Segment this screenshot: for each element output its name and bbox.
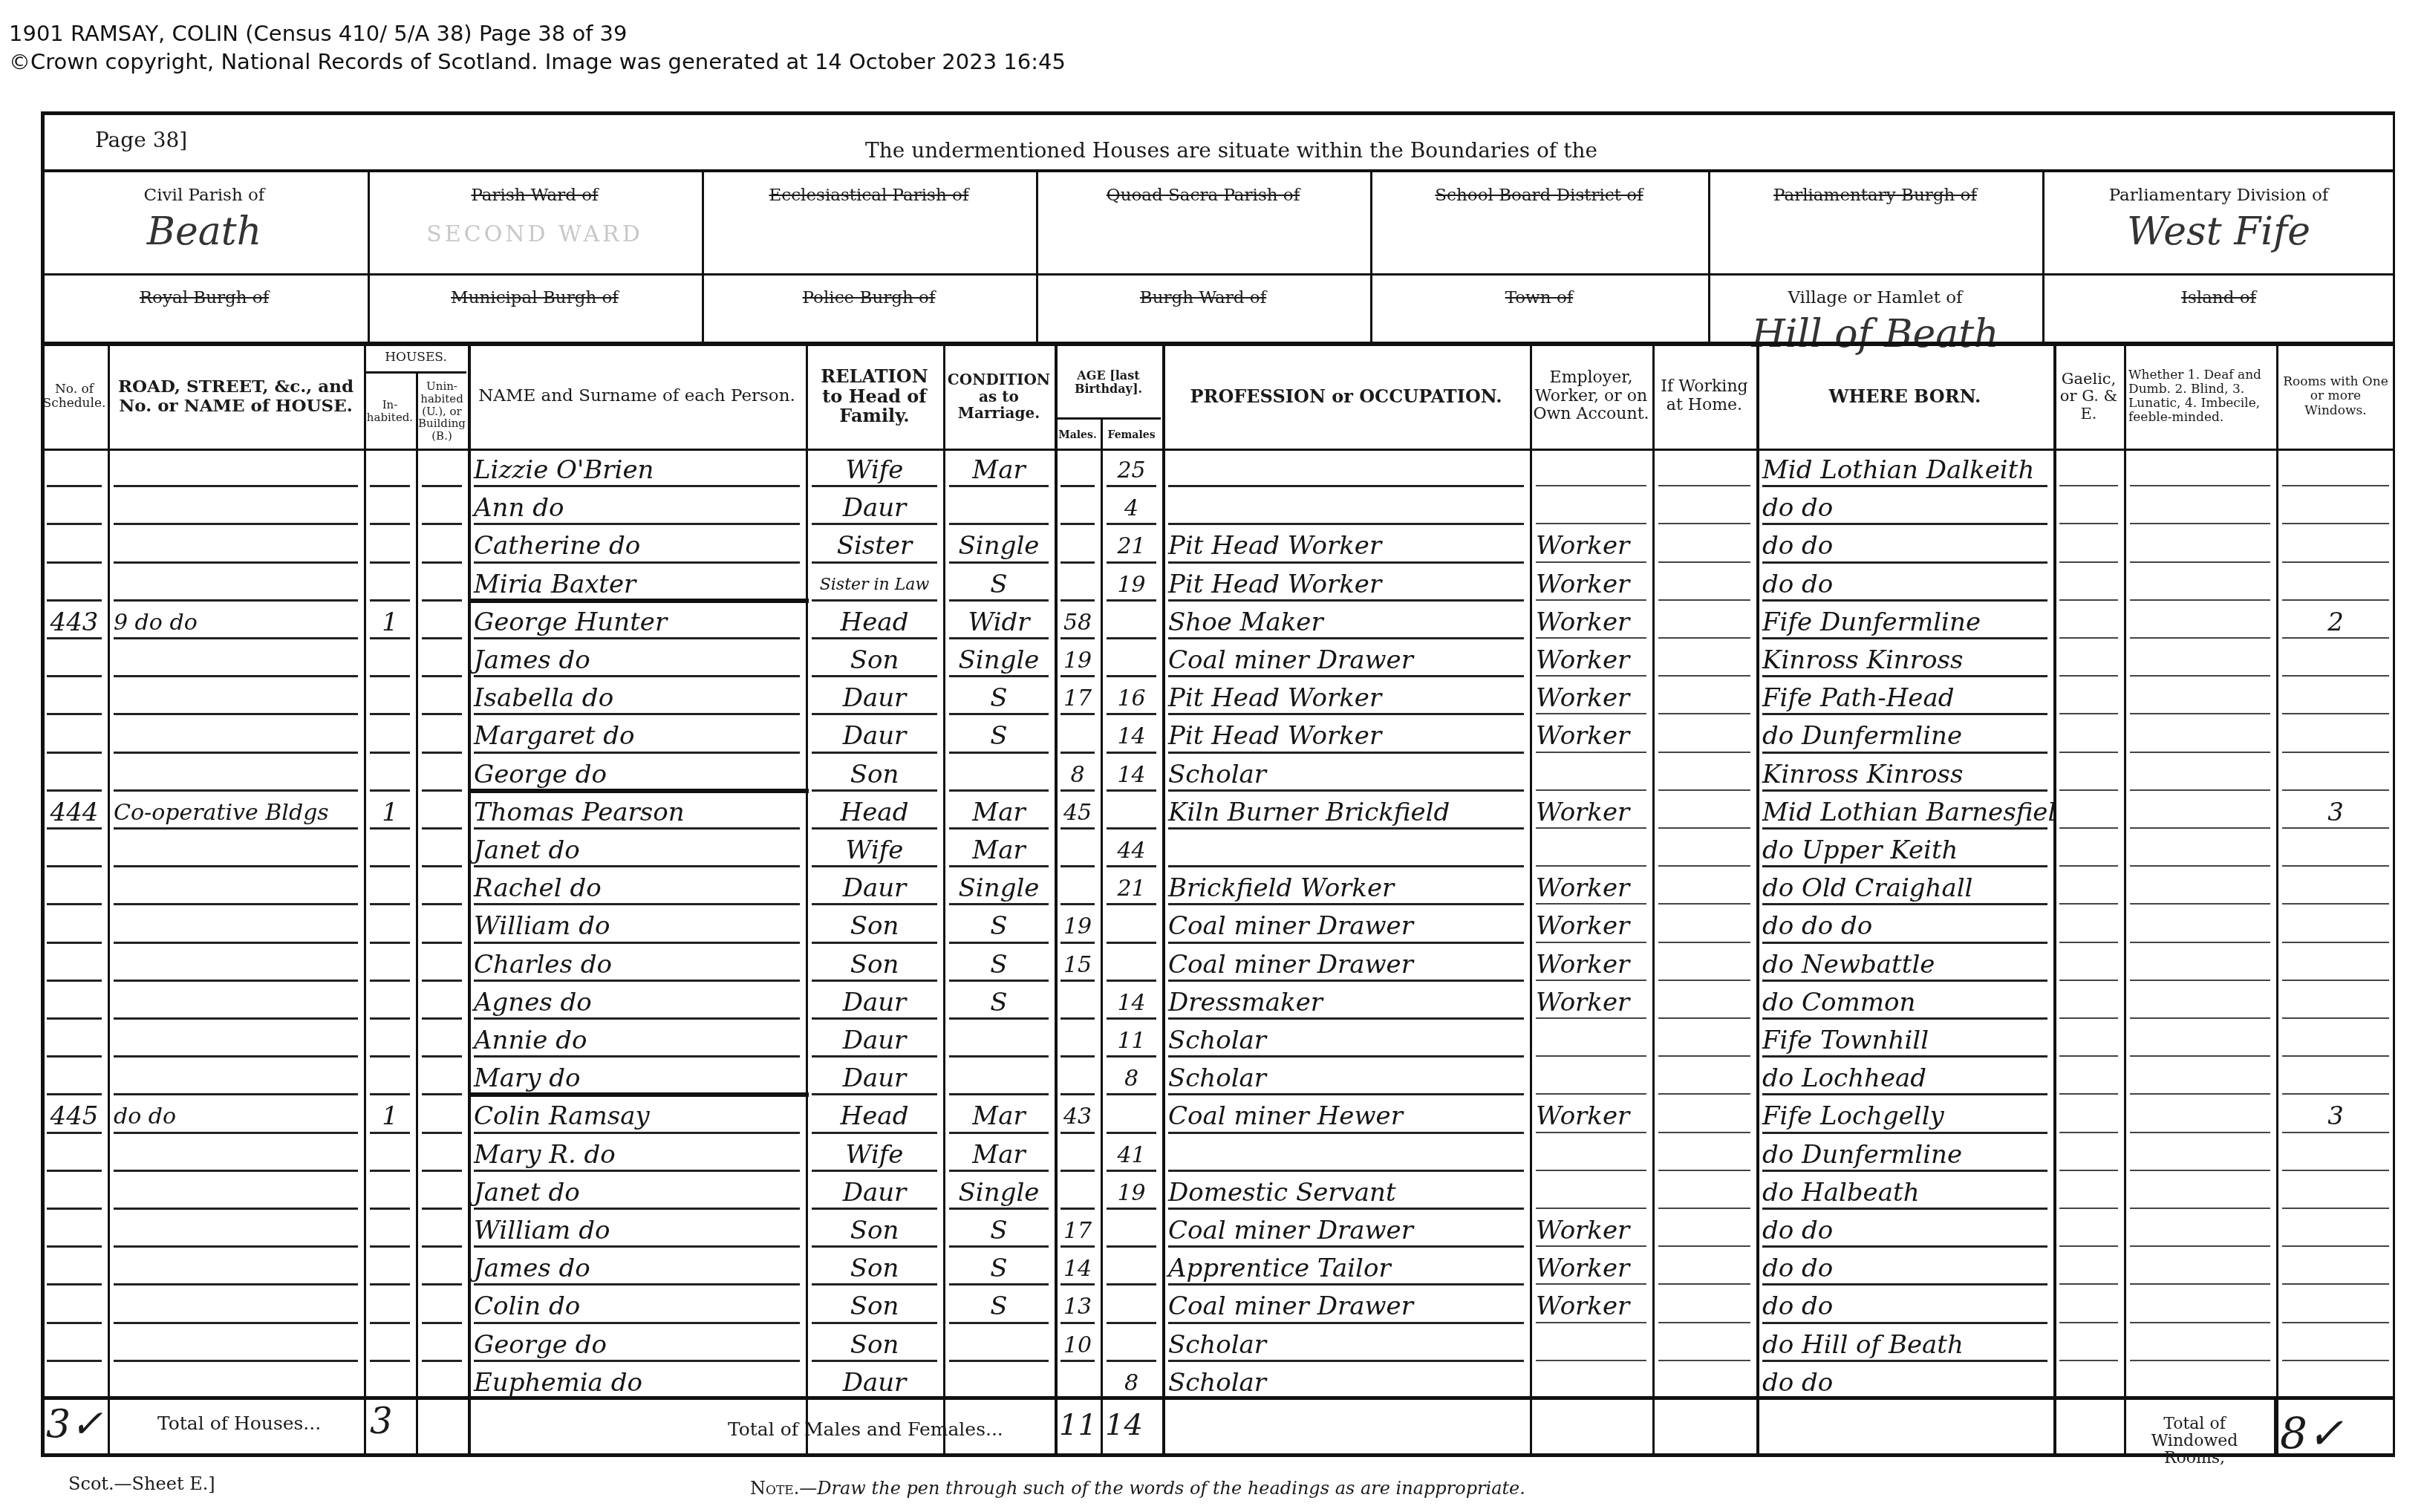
divider: [474, 561, 800, 564]
divider: [1762, 1017, 2047, 1020]
location-label: Parliamentary Burgh of: [1708, 186, 2042, 205]
divider: [1168, 485, 1524, 487]
location-field: Municipal Burgh of: [368, 275, 702, 343]
cell-condition: Mar: [943, 1098, 1055, 1134]
divider: [2282, 561, 2389, 563]
divider: [1762, 485, 2047, 487]
divider: [2059, 1017, 2118, 1019]
divider: [812, 713, 937, 715]
divider: [2274, 1399, 2276, 1457]
cell-males: 17: [1055, 1212, 1101, 1248]
divider: [2059, 523, 2118, 524]
divider: [2059, 675, 2118, 677]
divider: [47, 1055, 102, 1058]
divider: [1658, 523, 1750, 524]
divider: [1107, 1017, 1156, 1020]
divider: [1060, 599, 1095, 602]
divider: [114, 713, 358, 715]
location-field: Ecclesiastical Parish of: [702, 172, 1036, 275]
divider: [2059, 980, 2118, 981]
boundaries-heading: The undermentioned Houses are situate wi…: [865, 138, 1597, 163]
divider: [47, 1208, 102, 1210]
cell-males: 17: [1055, 680, 1101, 716]
cell-relation: Daur: [806, 1174, 943, 1210]
divider: [474, 1170, 800, 1172]
cell-condition: Single: [943, 1174, 1055, 1210]
divider: [812, 752, 937, 754]
cell-occupation: Coal miner Drawer: [1162, 642, 1530, 678]
divider: [1658, 1093, 1750, 1095]
footer-note: Note.—Draw the pen through such of the w…: [750, 1478, 1525, 1499]
divider: [1107, 980, 1156, 982]
divider: [1658, 942, 1750, 943]
divider: [1658, 599, 1750, 601]
divider: [114, 637, 358, 639]
divider: [1536, 942, 1646, 943]
location-label: Island of: [2042, 288, 2395, 307]
column-header-relation: RELATION to Head of Family.: [806, 343, 943, 450]
column-header-gaelic: Gaelic, or G. & E.: [2053, 343, 2124, 450]
cell-relation: Daur: [806, 870, 943, 906]
divider: [1107, 789, 1156, 792]
divider: [1536, 1283, 1646, 1285]
cell-relation: Daur: [806, 1022, 943, 1058]
divider: [1107, 1055, 1156, 1058]
divider: [2130, 1360, 2270, 1361]
location-label: Police Burgh of: [702, 288, 1036, 307]
cell-occupation: Coal miner Drawer: [1162, 946, 1530, 983]
cell-name: Rachel do: [468, 870, 806, 906]
divider: [1168, 980, 1524, 982]
divider: [949, 675, 1049, 677]
divider: [47, 1283, 102, 1285]
cell-females: 21: [1101, 870, 1162, 906]
divider: [1168, 1055, 1524, 1058]
location-field: Island of: [2042, 275, 2395, 343]
divider: [1168, 1245, 1524, 1248]
divider: [2059, 1055, 2118, 1057]
divider: [2042, 275, 2045, 343]
divider: [2130, 675, 2270, 677]
cell-road: Co-operative Bldgs: [108, 794, 364, 830]
divider: [114, 523, 358, 525]
divider: [1056, 417, 1161, 420]
location-value: West Fife: [2042, 209, 2395, 254]
divider: [1168, 789, 1524, 792]
divider: [1536, 1132, 1646, 1133]
cell-schedule: 444: [41, 794, 108, 830]
divider: [370, 789, 410, 792]
cell-where_born: do Old Craighall: [1756, 870, 2053, 906]
cell-employer: Worker: [1530, 1212, 1652, 1248]
divider: [370, 752, 410, 754]
cell-relation: Head: [806, 1098, 943, 1134]
divider: [370, 561, 410, 564]
divider: [370, 485, 410, 487]
divider: [422, 523, 462, 525]
location-label: Ecclesiastical Parish of: [702, 186, 1036, 205]
divider: [1658, 903, 1750, 905]
divider: [1536, 1360, 1646, 1361]
divider: [422, 1208, 462, 1210]
divider: [1107, 1360, 1156, 1362]
divider: [2059, 827, 2118, 829]
divider: [1762, 523, 2047, 525]
cell-relation: Wife: [806, 452, 943, 488]
cell-relation: Sister in Law: [806, 566, 943, 602]
cell-where_born: Fife Townhill: [1756, 1022, 2053, 1058]
divider: [2130, 827, 2270, 829]
cell-employer: Worker: [1530, 527, 1652, 564]
cell-name: Colin do: [468, 1288, 806, 1324]
divider: [370, 980, 410, 982]
divider: [1658, 485, 1750, 486]
cell-employer: Worker: [1530, 907, 1652, 944]
divider: [2059, 1208, 2118, 1209]
divider: [1107, 1208, 1156, 1210]
location-value: Beath: [41, 209, 368, 254]
cell-schedule: 445: [41, 1098, 108, 1134]
divider: [474, 1055, 800, 1058]
divider: [812, 637, 937, 639]
divider: [2130, 1245, 2270, 1247]
divider: [812, 485, 937, 487]
cell-relation: Daur: [806, 1364, 943, 1401]
divider: [2059, 637, 2118, 639]
total-windowed-value: 8✓: [2280, 1408, 2344, 1459]
cell-where_born: Kinross Kinross: [1756, 756, 2053, 792]
divider: [47, 1093, 102, 1095]
divider: [422, 599, 462, 602]
divider: [1060, 980, 1095, 982]
cell-name: Thomas Pearson: [468, 794, 806, 830]
location-label: Burgh Ward of: [1036, 288, 1370, 307]
divider: [114, 980, 358, 982]
cell-condition: S: [943, 680, 1055, 716]
divider: [812, 599, 937, 602]
divider: [474, 980, 800, 982]
divider: [812, 942, 937, 944]
cell-occupation: Pit Head Worker: [1162, 680, 1530, 716]
cell-condition: S: [943, 1250, 1055, 1286]
divider: [2282, 1132, 2389, 1133]
divider: [1762, 942, 2047, 944]
location-label: Royal Burgh of: [41, 288, 368, 307]
divider: [114, 1322, 358, 1324]
divider: [1658, 1170, 1750, 1171]
divider: [2059, 1322, 2118, 1323]
divider: [812, 1322, 937, 1324]
divider: [47, 1132, 102, 1134]
cell-females: 25: [1101, 452, 1162, 488]
divider: [2059, 1093, 2118, 1095]
divider: [949, 1170, 1049, 1172]
divider: [812, 523, 937, 525]
cell-employer: Worker: [1530, 1288, 1652, 1324]
cell-relation: Sister: [806, 527, 943, 564]
divider: [1168, 942, 1524, 944]
divider: [1107, 1245, 1156, 1248]
divider: [2059, 903, 2118, 905]
divider: [1536, 599, 1646, 601]
divider: [949, 485, 1049, 487]
cell-condition: Mar: [943, 452, 1055, 488]
divider: [1036, 275, 1038, 343]
divider: [370, 1170, 410, 1172]
divider: [1762, 980, 2047, 982]
cell-females: 8: [1101, 1060, 1162, 1096]
divider: [1762, 1360, 2047, 1362]
divider: [422, 1322, 462, 1324]
divider: [1168, 637, 1524, 639]
divider: [364, 343, 366, 1457]
divider: [2059, 789, 2118, 791]
divider: [2130, 523, 2270, 524]
cell-females: 16: [1101, 680, 1162, 716]
divider: [2059, 942, 2118, 943]
cell-occupation: Kiln Burner Brickfield: [1162, 794, 1530, 830]
divider: [2053, 343, 2056, 1457]
cell-where_born: do Hill of Beath: [1756, 1326, 2053, 1363]
divider: [1762, 1093, 2047, 1095]
cell-employer: Worker: [1530, 642, 1652, 678]
divider: [1060, 637, 1095, 639]
divider: [368, 172, 370, 275]
divider: [2130, 1283, 2270, 1285]
divider: [474, 1283, 800, 1285]
cell-where_born: do Common: [1756, 984, 2053, 1020]
divider: [1168, 865, 1524, 867]
cell-females: 14: [1101, 756, 1162, 792]
divider: [422, 1017, 462, 1020]
cell-condition: Mar: [943, 1136, 1055, 1173]
divider: [114, 865, 358, 867]
cell-occupation: Pit Head Worker: [1162, 527, 1530, 564]
cell-where_born: do do: [1756, 1364, 2053, 1401]
cell-name: James do: [468, 1250, 806, 1286]
cell-relation: Daur: [806, 680, 943, 716]
cell-males: 8: [1055, 756, 1101, 792]
divider: [1708, 275, 1710, 343]
divider: [474, 865, 800, 867]
divider: [1762, 1208, 2047, 1210]
divider: [1060, 789, 1095, 792]
divider: [474, 752, 800, 754]
divider: [1168, 1017, 1524, 1020]
column-header-name: NAME and Surname of each Person.: [468, 343, 806, 450]
cell-condition: Single: [943, 642, 1055, 678]
location-field: Civil Parish ofBeath: [41, 172, 368, 275]
divider: [1762, 1322, 2047, 1324]
copyright-line: ©Crown copyright, National Records of Sc…: [9, 49, 1066, 74]
cell-where_born: Kinross Kinross: [1756, 642, 2053, 678]
divider: [1060, 903, 1095, 905]
divider: [47, 1017, 102, 1020]
cell-occupation: Scholar: [1162, 1022, 1530, 1058]
cell-relation: Son: [806, 1288, 943, 1324]
divider: [1060, 1170, 1095, 1172]
divider: [1060, 1055, 1095, 1058]
page-label: Page 38]: [95, 128, 187, 152]
divider: [1107, 485, 1156, 487]
divider: [2059, 561, 2118, 563]
divider: [1536, 675, 1646, 677]
divider: [47, 752, 102, 754]
divider: [2282, 1170, 2389, 1171]
cell-name: Miria Baxter: [468, 566, 806, 602]
divider: [41, 1396, 2395, 1400]
divider: [1536, 561, 1646, 563]
divider: [1762, 561, 2047, 564]
divider: [1060, 523, 1095, 525]
divider: [2130, 942, 2270, 943]
divider: [2282, 599, 2389, 601]
divider: [114, 485, 358, 487]
divider: [1658, 1245, 1750, 1247]
divider: [2130, 1055, 2270, 1057]
divider: [1060, 1245, 1095, 1248]
total-females-value: 14: [1105, 1408, 1143, 1442]
location-field: Town of: [1370, 275, 1708, 343]
divider: [1536, 903, 1646, 905]
divider: [1107, 1283, 1156, 1285]
cell-females: 14: [1101, 984, 1162, 1020]
divider: [2282, 789, 2389, 791]
divider: [370, 903, 410, 905]
divider: [1107, 1170, 1156, 1172]
divider: [114, 1360, 358, 1362]
cell-occupation: Coal miner Drawer: [1162, 1288, 1530, 1324]
divider: [2059, 865, 2118, 867]
divider: [1168, 903, 1524, 905]
cell-females: 4: [1101, 489, 1162, 526]
cell-females: 41: [1101, 1136, 1162, 1173]
divider: [812, 865, 937, 867]
cell-name: Colin Ramsay: [468, 1098, 806, 1134]
divider: [370, 1322, 410, 1324]
divider: [47, 599, 102, 602]
divider: [1536, 637, 1646, 639]
cell-occupation: Scholar: [1162, 756, 1530, 792]
divider: [370, 1017, 410, 1020]
cell-condition: S: [943, 566, 1055, 602]
cell-name: Agnes do: [468, 984, 806, 1020]
location-field: Parliamentary Burgh of: [1708, 172, 2042, 275]
cell-occupation: Scholar: [1162, 1364, 1530, 1401]
divider: [812, 903, 937, 905]
divider: [812, 1283, 937, 1285]
cell-condition: S: [943, 946, 1055, 983]
divider: [2282, 903, 2389, 905]
cell-occupation: Scholar: [1162, 1326, 1530, 1363]
divider: [949, 637, 1049, 639]
divider: [114, 561, 358, 564]
cell-name: William do: [468, 1212, 806, 1248]
divider: [474, 942, 800, 944]
divider: [1168, 1322, 1524, 1324]
divider: [2282, 1055, 2389, 1057]
divider: [114, 1245, 358, 1248]
divider: [1658, 980, 1750, 981]
divider: [114, 903, 358, 905]
divider: [949, 942, 1049, 944]
column-header-condition: CONDITION as to Marriage.: [943, 343, 1055, 450]
divider: [47, 713, 102, 715]
cell-males: 10: [1055, 1326, 1101, 1363]
divider: [1536, 1208, 1646, 1209]
cell-males: 15: [1055, 946, 1101, 983]
divider: [422, 827, 462, 830]
cell-road: 9 do do: [108, 604, 364, 640]
divider: [1107, 1132, 1156, 1134]
divider: [422, 1360, 462, 1362]
divider: [422, 1170, 462, 1172]
cell-employer: Worker: [1530, 604, 1652, 640]
cell-relation: Son: [806, 642, 943, 678]
cell-relation: Head: [806, 794, 943, 830]
divider: [812, 1132, 937, 1134]
divider: [2276, 343, 2278, 1457]
cell-males: 58: [1055, 604, 1101, 640]
divider: [949, 599, 1049, 602]
divider: [949, 827, 1049, 830]
cell-road: do do: [108, 1098, 364, 1134]
divider: [1060, 1093, 1095, 1095]
divider: [1060, 827, 1095, 830]
cell-rooms: 3: [2276, 1098, 2395, 1134]
divider: [114, 599, 358, 602]
divider: [2059, 1360, 2118, 1361]
divider: [949, 1208, 1049, 1210]
divider: [1168, 1208, 1524, 1210]
divider: [474, 485, 800, 487]
divider: [812, 1017, 937, 1020]
divider: [1536, 713, 1646, 714]
cell-where_born: do Halbeath: [1756, 1174, 2053, 1210]
divider: [1658, 675, 1750, 677]
cell-relation: Son: [806, 1250, 943, 1286]
cell-employer: Worker: [1530, 717, 1652, 754]
divider: [949, 980, 1049, 982]
divider: [2130, 1322, 2270, 1323]
divider: [812, 561, 937, 564]
divider: [2282, 713, 2389, 714]
location-label: Parish Ward of: [368, 186, 702, 205]
document-title: 1901 RAMSAY, COLIN (Census 410/ 5/A 38) …: [9, 21, 628, 46]
divider: [2130, 713, 2270, 714]
divider: [812, 1360, 937, 1362]
cell-name: Ann do: [468, 489, 806, 526]
divider: [2130, 599, 2270, 601]
divider: [1658, 1283, 1750, 1285]
divider: [1536, 1322, 1646, 1323]
cell-where_born: Mid Lothian Dalkeith: [1756, 452, 2053, 488]
column-header-infirmity: Whether 1. Deaf and Dumb. 2. Blind, 3. L…: [2128, 343, 2273, 450]
cell-relation: Son: [806, 1326, 943, 1363]
divider: [2130, 1208, 2270, 1209]
divider: [1060, 1017, 1095, 1020]
divider: [1536, 865, 1646, 867]
divider: [949, 523, 1049, 525]
divider: [422, 865, 462, 867]
divider: [422, 789, 462, 792]
location-field: Parish Ward ofSECOND WARD: [368, 172, 702, 275]
divider: [812, 1245, 937, 1248]
divider: [702, 172, 704, 275]
divider: [1107, 713, 1156, 715]
divider: [108, 343, 110, 1457]
divider: [422, 1132, 462, 1134]
